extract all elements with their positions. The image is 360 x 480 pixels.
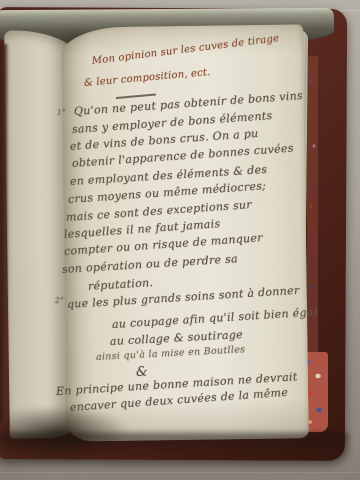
book-shadow — [0, 433, 348, 463]
photo-scene: Mon opinion sur les cuves de tirage & le… — [0, 0, 360, 480]
spine-shadow — [0, 44, 9, 422]
surface-crease-bottom — [0, 472, 360, 473]
right-page — [61, 24, 309, 441]
